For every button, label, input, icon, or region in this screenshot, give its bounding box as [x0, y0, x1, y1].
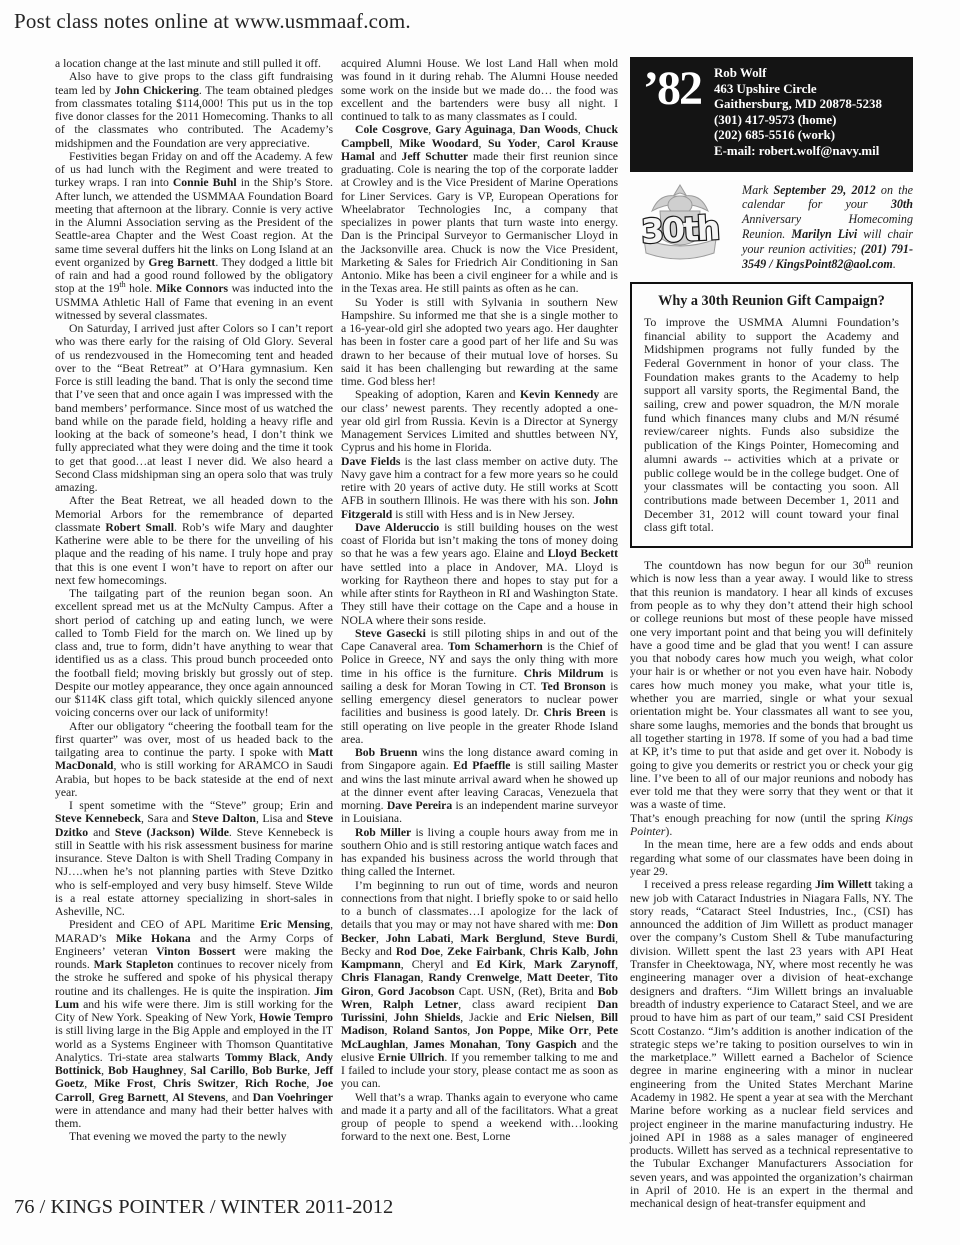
reunion-announcement: 30th Mark September 29, 2012 on the cale…: [630, 181, 913, 273]
column-right: ’82 Rob Wolf463 Upshire CircleGaithersbu…: [630, 57, 913, 1211]
paragraph: The tailgating part of the reunion began…: [55, 587, 333, 720]
contact-line: E-mail: robert.wolf@navy.mil: [714, 144, 882, 160]
paragraph: On Saturday, I arrived just after Colors…: [55, 322, 333, 494]
paragraph: I’m beginning to run out of time, words …: [341, 879, 618, 1091]
contact-line: (202) 685-5516 (work): [714, 128, 882, 144]
class-secretary-contact: Rob Wolf463 Upshire CircleGaithersburg, …: [714, 66, 882, 160]
paragraph: Rob Miller is living a couple hours away…: [341, 826, 618, 879]
class-82-contact-box: ’82 Rob Wolf463 Upshire CircleGaithersbu…: [630, 57, 913, 172]
anniversary-30th-logo: 30th: [630, 181, 730, 273]
contact-line: (301) 417-9573 (home): [714, 113, 882, 129]
paragraph: Bob Bruenn wins the long distance award …: [341, 746, 618, 826]
column-right-text: The countdown has now begun for our 30th…: [630, 559, 913, 1211]
paragraph: Dave Fields is the last class member on …: [341, 455, 618, 521]
paragraph: I spent sometime with the “Steve” group;…: [55, 799, 333, 918]
paragraph: In the mean time, here are a few odds an…: [630, 838, 913, 878]
paragraph: Speaking of adoption, Karen and Kevin Ke…: [341, 388, 618, 454]
paragraph: The countdown has now begun for our 30th…: [630, 559, 913, 812]
paragraph: Steve Gasecki is still piloting ships in…: [341, 627, 618, 746]
paragraph: Festivities began Friday on and off the …: [55, 150, 333, 322]
anniversary-30th-logo-icon: 30th: [630, 181, 730, 273]
paragraph: Also have to give props to the class gif…: [55, 70, 333, 150]
class-year-label: ’82: [643, 68, 701, 110]
paragraph: Well that’s a wrap. Thanks again to ever…: [341, 1091, 618, 1144]
paragraph: That evening we moved the party to the n…: [55, 1130, 333, 1143]
page-footer: 76 / KINGS POINTER / WINTER 2011-2012: [14, 1196, 393, 1219]
contact-line: Rob Wolf: [714, 66, 882, 82]
paragraph: Su Yoder is still with Sylvania in south…: [341, 296, 618, 389]
contact-line: 463 Upshire Circle: [714, 82, 882, 98]
paragraph: Cole Cosgrove, Gary Aguinaga, Dan Woods,…: [341, 123, 618, 295]
paragraph: After the Beat Retreat, we all headed do…: [55, 494, 333, 587]
gift-campaign-box: Why a 30th Reunion Gift Campaign? To imp…: [630, 282, 913, 549]
paragraph: That’s enough preaching for now (until t…: [630, 812, 913, 839]
paragraph: acquired Alumni House. We lost Land Hall…: [341, 57, 618, 123]
reunion-note-text: Mark September 29, 2012 on the calendar …: [742, 181, 913, 273]
page-header-note: Post class notes online at www.usmmaaf.c…: [14, 9, 411, 34]
paragraph: I received a press release regarding Jim…: [630, 878, 913, 1210]
paragraph: a location change at the last minute and…: [55, 57, 333, 70]
contact-line: Gaithersburg, MD 20878-5238: [714, 97, 882, 113]
paragraph: President and CEO of APL Maritime Eric M…: [55, 918, 333, 1130]
magazine-page: Post class notes online at www.usmmaaf.c…: [0, 0, 960, 1245]
logo-30th-text: 30th: [640, 208, 719, 251]
paragraph: Dave Alderuccio is still building houses…: [341, 521, 618, 627]
paragraph: After our obligatory “cheering the footb…: [55, 720, 333, 800]
column-left: a location change at the last minute and…: [55, 57, 333, 1144]
gift-campaign-body: To improve the USMMA Alumni Foundation’s…: [644, 316, 899, 535]
gift-campaign-title: Why a 30th Reunion Gift Campaign?: [644, 295, 899, 308]
column-middle: acquired Alumni House. We lost Land Hall…: [341, 57, 618, 1144]
